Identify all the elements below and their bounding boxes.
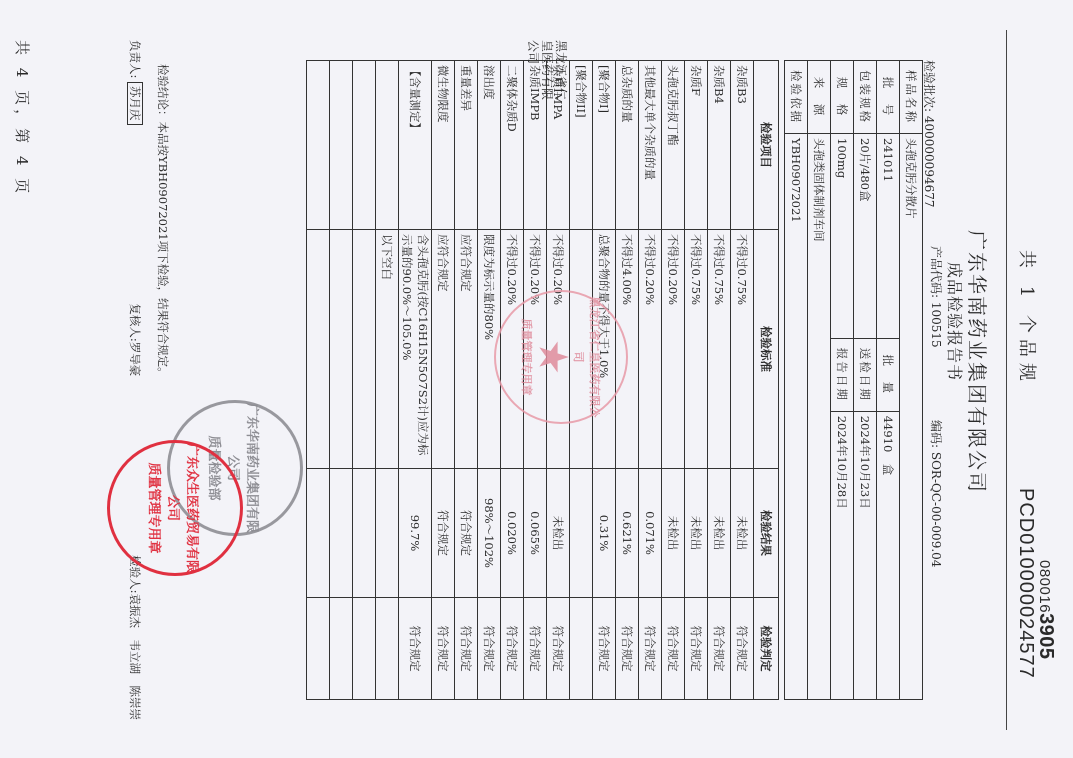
cell-result: 0.071% bbox=[639, 469, 662, 598]
company-name: 广东华南药业集团有限公司 bbox=[964, 230, 993, 494]
cell-item bbox=[353, 61, 376, 230]
product-code-label: 产品代码: bbox=[929, 246, 943, 298]
cell-item bbox=[330, 61, 353, 230]
pink-seal-stamp: 黑龙江省仁皇医药有限公司★质量管理专用章 bbox=[494, 290, 628, 424]
cell-standard bbox=[330, 230, 353, 469]
cell-result: 0.31% bbox=[593, 469, 616, 598]
document-number: 编码: SOR-QC-00-009.04 bbox=[928, 420, 945, 567]
cell-standard: 应符合规定 bbox=[432, 230, 455, 469]
cell-result: 符合规定 bbox=[455, 469, 478, 598]
cell-judgement: 符合规定 bbox=[399, 598, 432, 700]
cell-item: 杂质B3 bbox=[731, 61, 754, 230]
cell-judgement: 符合规定 bbox=[708, 598, 731, 700]
spec-value: 100mg bbox=[831, 134, 854, 339]
product-code-value: 100515 bbox=[929, 302, 943, 348]
cell-result: 0.020% bbox=[501, 469, 524, 598]
cell-item: 【含量测定】 bbox=[399, 61, 432, 230]
cell-item: 杂质B4 bbox=[708, 61, 731, 230]
cell-item: 溶出度 bbox=[478, 61, 501, 230]
info-row: 批 号 241011 批 量 44910 盒 bbox=[877, 61, 900, 700]
packaging-label: 包装规格 bbox=[854, 61, 877, 134]
cell-result: 99.7% bbox=[399, 469, 432, 598]
cell-result: 98%～102% bbox=[478, 469, 501, 598]
cell-judgement: 符合规定 bbox=[547, 598, 570, 700]
table-row: 以下空白 bbox=[376, 61, 399, 700]
cell-judgement bbox=[307, 598, 330, 700]
cell-result bbox=[570, 469, 593, 598]
side-company-note: 黑龙江省仁皇医药有限公司 bbox=[526, 40, 568, 110]
basis-label: 检验依据 bbox=[785, 61, 808, 134]
table-row: 杂质B4不得过0.75%未检出符合规定 bbox=[708, 61, 731, 700]
conclusion: 检验结论：本品按YBH09072021项下检验，结果符合规定。 bbox=[155, 64, 171, 379]
cell-judgement: 符合规定 bbox=[662, 598, 685, 700]
cell-judgement: 符合规定 bbox=[478, 598, 501, 700]
red-seal-stamp: 广东众生医药贸易有限公司质量管理专用章 bbox=[107, 440, 243, 576]
spec-label: 规 格 bbox=[831, 61, 854, 134]
info-row: 检验依据 YBH09072021 bbox=[785, 61, 808, 700]
cell-result bbox=[330, 469, 353, 598]
header-item: 检验项目 bbox=[754, 61, 779, 230]
inspection-batch: 检验批次: 400000094677 bbox=[921, 60, 938, 208]
red-stamp-bottom-text: 质量管理专用章 bbox=[147, 443, 166, 573]
cell-item: 其他最大单个杂质的量 bbox=[639, 61, 662, 230]
cell-result: 0.065% bbox=[524, 469, 547, 598]
info-row: 来 源 头孢类固体制剂车间 bbox=[808, 61, 831, 700]
info-row: 样品名称 头孢克肟分散片 bbox=[900, 61, 923, 700]
doc-number-label: 编码: bbox=[929, 420, 943, 448]
info-row: 规 格 100mg 报告日期 2024年10月28日 bbox=[831, 61, 854, 700]
star-icon: ★ bbox=[535, 292, 571, 422]
cell-judgement: 符合规定 bbox=[685, 598, 708, 700]
cell-result: 未检出 bbox=[685, 469, 708, 598]
results-header-row: 检验项目 检验标准 检验结果 检验判定 bbox=[754, 61, 779, 700]
report-date-label: 报告日期 bbox=[831, 338, 854, 411]
cell-judgement: 符合规定 bbox=[639, 598, 662, 700]
cell-item: 二聚体杂质D bbox=[501, 61, 524, 230]
cell-item: [聚合物II] bbox=[570, 61, 593, 230]
table-row: 【含量测定】含头孢克肟(按C16H15N5O7S2计)应为标示量的90.0%～1… bbox=[399, 61, 432, 700]
reviewer: 复核人:罗导豪 bbox=[127, 303, 143, 376]
quantity-value: 44910 盒 bbox=[877, 411, 900, 699]
signature-row: 负责人: 苏月庆 复核人:罗导豪 检验人:袁振杰 韦立湖 陈崇崇 bbox=[127, 40, 143, 720]
inspector-signature: 袁振杰 韦立湖 陈崇崇 bbox=[128, 594, 142, 721]
sample-name-label: 样品名称 bbox=[900, 61, 923, 134]
red-stamp-top-text: 广东众生医药贸易有限公司 bbox=[166, 443, 204, 573]
cell-item: 微生物限度 bbox=[432, 61, 455, 230]
cell-result: 未检出 bbox=[708, 469, 731, 598]
source-value: 头孢类固体制剂车间 bbox=[808, 134, 831, 700]
cell-standard bbox=[307, 230, 330, 469]
report-date-value: 2024年10月28日 bbox=[831, 411, 854, 699]
packaging-value: 20片/480盒 bbox=[854, 134, 877, 339]
report-table: 样品名称 头孢克肟分散片 批 号 241011 批 量 44910 盒 包装规格… bbox=[784, 60, 923, 700]
submit-date-label: 送检日期 bbox=[854, 338, 877, 411]
responsible-signature: 苏月庆 bbox=[127, 82, 143, 125]
table-row: 重量差异应符合规定符合规定符合规定 bbox=[455, 61, 478, 700]
cell-standard: 不得过0.20% bbox=[662, 230, 685, 469]
header-standard: 检验标准 bbox=[754, 230, 779, 469]
cell-item bbox=[307, 61, 330, 230]
cell-standard: 以下空白 bbox=[376, 230, 399, 469]
reviewer-signature: 罗导豪 bbox=[128, 342, 142, 377]
source-label: 来 源 bbox=[808, 61, 831, 134]
cell-judgement: 符合规定 bbox=[731, 598, 754, 700]
inspector: 检验人:袁振杰 韦立湖 陈崇崇 bbox=[127, 555, 143, 720]
cell-item: 杂质F bbox=[685, 61, 708, 230]
table-row: 杂质B3不得过0.75%未检出符合规定 bbox=[731, 61, 754, 700]
product-code: 产品代码: 100515 bbox=[928, 246, 945, 348]
cell-result: 0.621% bbox=[616, 469, 639, 598]
cell-standard: 不得过0.75% bbox=[731, 230, 754, 469]
cell-result: 未检出 bbox=[662, 469, 685, 598]
batch-value: 400000094677 bbox=[922, 116, 936, 208]
responsible-label: 负责人: bbox=[128, 40, 142, 78]
table-row bbox=[307, 61, 330, 700]
cell-result: 未检出 bbox=[731, 469, 754, 598]
header-divider bbox=[1006, 30, 1007, 730]
cell-judgement bbox=[570, 598, 593, 700]
cell-standard: 应符合规定 bbox=[455, 230, 478, 469]
table-row: 溶出度限度为标示量的80%98%～102%符合规定 bbox=[478, 61, 501, 700]
cell-item bbox=[376, 61, 399, 230]
table-row: 微生物限度应符合规定符合规定符合规定 bbox=[432, 61, 455, 700]
table-row: 头孢克肟叔丁酯不得过0.20%未检出符合规定 bbox=[662, 61, 685, 700]
lot-label: 批 号 bbox=[877, 61, 900, 134]
quantity-label: 批 量 bbox=[877, 338, 900, 411]
cell-judgement bbox=[330, 598, 353, 700]
submit-date-value: 2024年10月23日 bbox=[854, 411, 877, 699]
sample-name-value: 头孢克肟分散片 bbox=[900, 134, 923, 700]
cell-judgement: 符合规定 bbox=[432, 598, 455, 700]
product-count: 共 1 个品规 bbox=[1015, 250, 1041, 387]
report-title: 成品检验报告书 bbox=[944, 262, 967, 381]
cell-standard: 不得过0.75% bbox=[685, 230, 708, 469]
cell-item: 头孢克肟叔丁酯 bbox=[662, 61, 685, 230]
cell-judgement: 符合规定 bbox=[616, 598, 639, 700]
cell-judgement: 符合规定 bbox=[524, 598, 547, 700]
basis-value: YBH09072021 bbox=[785, 134, 808, 700]
cell-judgement: 符合规定 bbox=[455, 598, 478, 700]
cell-judgement: 符合规定 bbox=[593, 598, 616, 700]
reviewer-label: 复核人: bbox=[128, 303, 142, 341]
page-indicator: 共 4 页，第 4 页 bbox=[12, 40, 33, 197]
doc-number-value: SOR-QC-00-009.04 bbox=[929, 452, 943, 568]
batch-label: 检验批次: bbox=[922, 60, 936, 112]
inspection-report-page: 0800163905 PCD010000024577 共 1 个品规 广东华南药… bbox=[0, 0, 1073, 758]
header-judgement: 检验判定 bbox=[754, 598, 779, 700]
serial-suffix: 3905 bbox=[1035, 613, 1057, 660]
info-row: 包装规格 20片/480盒 送检日期 2024年10月23日 bbox=[854, 61, 877, 700]
serial-prefix: 080016 bbox=[1036, 560, 1053, 613]
cell-judgement bbox=[353, 598, 376, 700]
responsible-person: 负责人: 苏月庆 bbox=[127, 40, 143, 125]
cell-result bbox=[376, 469, 399, 598]
table-row: 其他最大单个杂质的量不得过0.20%0.071%符合规定 bbox=[639, 61, 662, 700]
cell-standard bbox=[353, 230, 376, 469]
table-row bbox=[330, 61, 353, 700]
header-result: 检验结果 bbox=[754, 469, 779, 598]
table-row bbox=[353, 61, 376, 700]
cell-result: 符合规定 bbox=[432, 469, 455, 598]
cell-standard: 含头孢克肟(按C16H15N5O7S2计)应为标示量的90.0%～105.0% bbox=[399, 230, 432, 469]
cell-result bbox=[353, 469, 376, 598]
cell-item: 重量差异 bbox=[455, 61, 478, 230]
serial-number: 0800163905 bbox=[1034, 560, 1057, 660]
cell-judgement: 符合规定 bbox=[501, 598, 524, 700]
pink-stamp-top-text: 黑龙江省仁皇医药有限公司 bbox=[571, 292, 603, 422]
cell-standard: 不得过0.75% bbox=[708, 230, 731, 469]
pcd-code: PCD010000024577 bbox=[1014, 488, 1037, 679]
cell-result bbox=[307, 469, 330, 598]
cell-standard: 不得过0.20% bbox=[639, 230, 662, 469]
cell-item: 总杂质的量 bbox=[616, 61, 639, 230]
cell-result: 未检出 bbox=[547, 469, 570, 598]
cell-judgement bbox=[376, 598, 399, 700]
table-row: 杂质F不得过0.75%未检出符合规定 bbox=[685, 61, 708, 700]
cell-item: [聚合物I] bbox=[593, 61, 616, 230]
pink-stamp-bottom-text: 质量管理专用章 bbox=[519, 292, 535, 422]
lot-value: 241011 bbox=[877, 134, 900, 339]
